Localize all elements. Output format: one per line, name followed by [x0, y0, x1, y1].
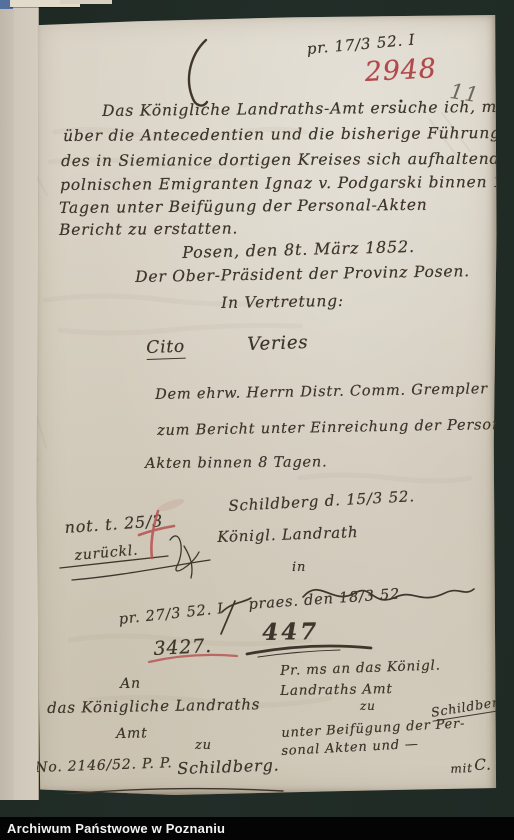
red-cross-mark — [139, 511, 174, 558]
flourish-layer — [0, 0, 514, 840]
address-underline-flourish — [38, 789, 283, 797]
page-stack-edge-inner — [14, 0, 39, 800]
archive-bar-label: Archiwum Państwowe w Poznaniu — [0, 821, 225, 836]
journal-number-underline — [247, 646, 371, 654]
margin-note-underline — [60, 556, 210, 580]
page-corner-step — [60, 0, 112, 4]
journal-number-underline — [258, 650, 340, 657]
initial-flourish — [189, 40, 207, 106]
page-stack-edge-outer — [0, 0, 15, 800]
signature-flourish — [303, 589, 474, 600]
countersign-flourish — [170, 536, 199, 578]
presented-mark — [221, 598, 251, 634]
archive-bar: Archiwum Państwowe w Poznaniu — [0, 817, 514, 840]
ink-dot — [400, 100, 403, 103]
scanned-document-view: pr. 17/3 52. I294811Das Königliche Landr… — [0, 0, 514, 840]
red-strike-old-number — [149, 655, 237, 662]
red-smudge — [156, 496, 185, 513]
